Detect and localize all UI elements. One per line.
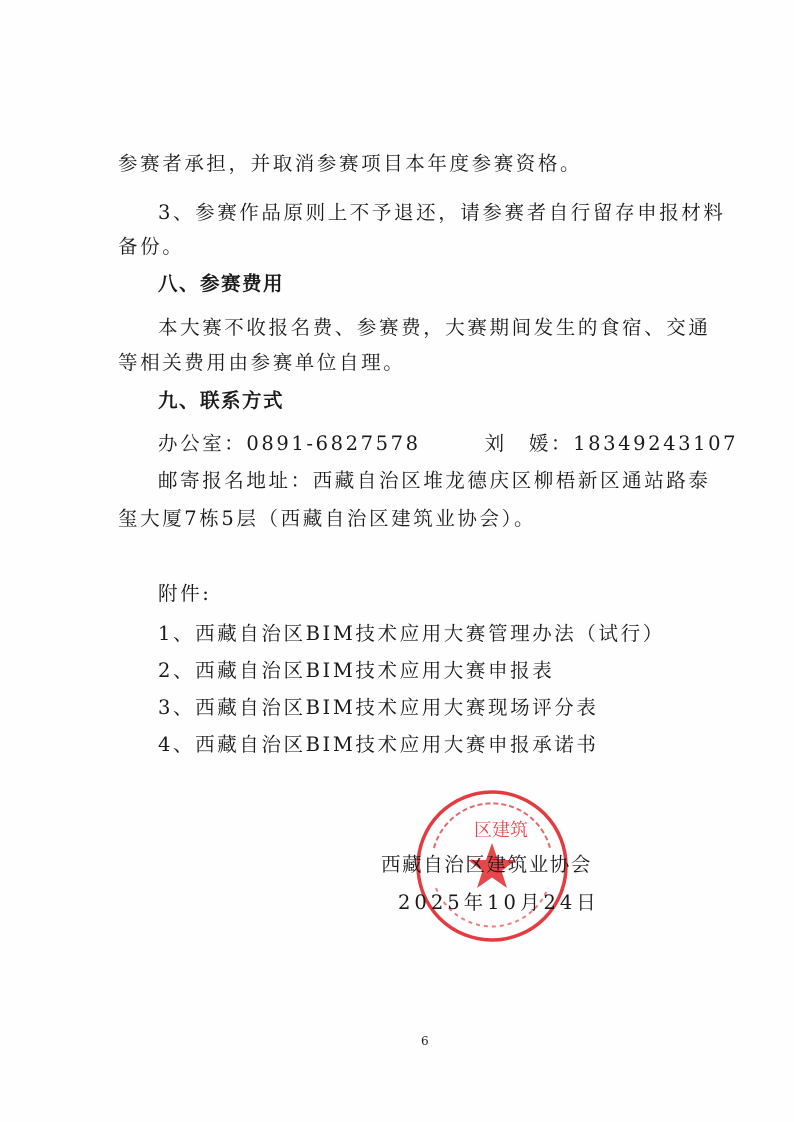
person-label: 刘 媛： [485, 432, 573, 455]
attachment-item: 1、西藏自治区BIM技术应用大赛管理办法（试行） [158, 620, 665, 648]
paragraph-text: 等相关费用由参赛单位自理。 [118, 349, 405, 377]
office-phone: 0891-6827578 [246, 432, 420, 455]
page-number: 6 [421, 1034, 429, 1048]
attachments-label: 附件: [158, 580, 211, 608]
contact-line: 办公室：0891-6827578刘 媛：18349243107 [158, 430, 738, 458]
attachment-item: 2、西藏自治区BIM技术应用大赛申报表 [158, 657, 554, 685]
address-line: 邮寄报名地址：西藏自治区堆龙德庆区柳梧新区通站路泰 [158, 467, 711, 495]
person-phone: 18349243107 [573, 432, 738, 455]
attachment-item: 3、西藏自治区BIM技术应用大赛现场评分表 [158, 694, 599, 722]
address-line: 玺大厦7栋5层（西藏自治区建筑业协会）。 [118, 505, 536, 533]
paragraph-text: 本大赛不收报名费、参赛费，大赛期间发生的食宿、交通 [158, 314, 711, 342]
svg-text:区建筑: 区建筑 [474, 820, 528, 841]
paragraph-text: 3、参赛作品原则上不予退还，请参赛者自行留存申报材料 [158, 199, 726, 227]
signature-date: 2025年10月24日 [398, 887, 600, 915]
document-page: 参赛者承担，并取消参赛项目本年度参赛资格。 3、参赛作品原则上不予退还，请参赛者… [0, 0, 794, 1122]
attachment-item: 4、西藏自治区BIM技术应用大赛申报承诺书 [158, 731, 599, 759]
paragraph-text: 参赛者承担，并取消参赛项目本年度参赛资格。 [118, 150, 582, 178]
section-heading-contact: 九、联系方式 [158, 387, 284, 415]
section-heading-fees: 八、参赛费用 [158, 270, 284, 298]
office-label: 办公室： [158, 432, 246, 455]
signature-organization: 西藏自治区建筑业协会 [381, 849, 592, 877]
paragraph-text: 备份。 [118, 233, 184, 261]
